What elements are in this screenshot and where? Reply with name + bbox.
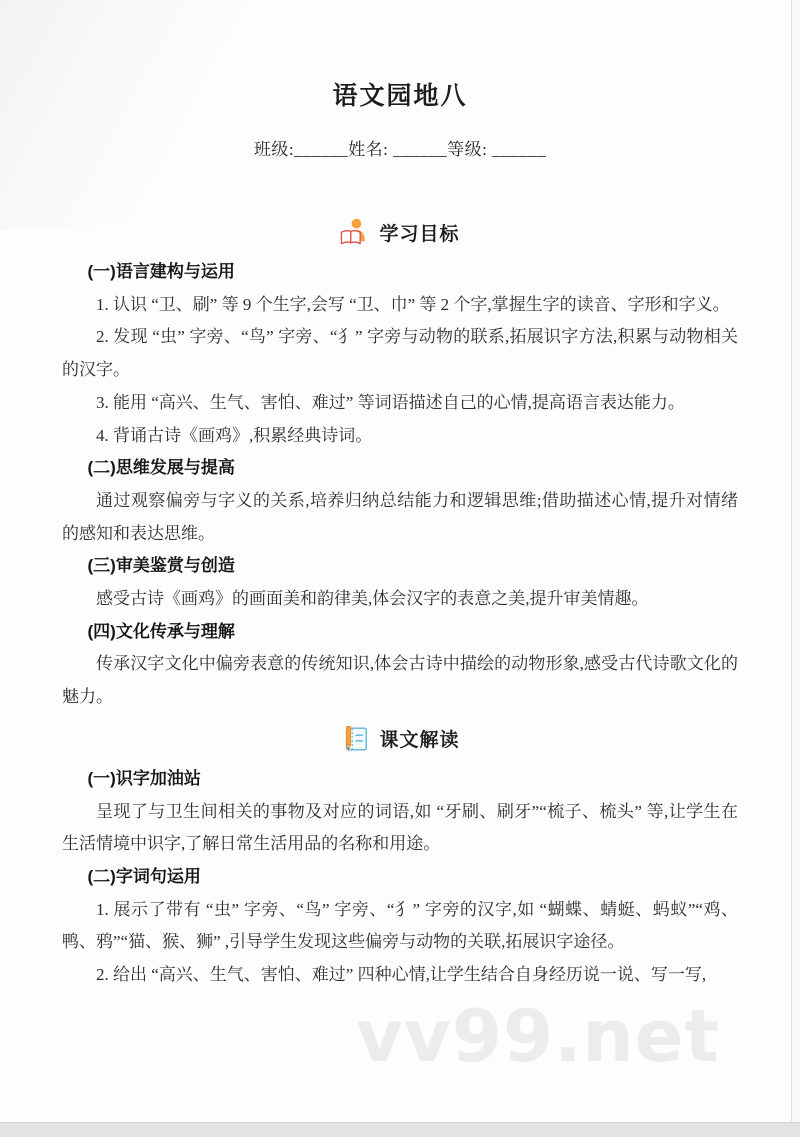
paragraph: 2. 给出 “高兴、生气、害怕、难过” 四种心情,让学生结合自身经历说一说、写一… [62,959,738,992]
paragraph: 感受古诗《画鸡》的画面美和韵律美,体会汉字的表意之美,提升审美情趣。 [62,583,738,616]
subsection-heading: (二)思维发展与提高 [62,452,738,485]
page-right-edge [791,0,800,1137]
watermark: vv99.net [356,994,720,1078]
subsection-heading: (四)文化传承与理解 [62,616,738,649]
document-page: 语文园地八 班级:______姓名: ______等级: ______ 学习目标… [0,0,800,992]
paragraph: 1. 认识 “卫、刷” 等 9 个生字,会写 “卫、巾” 等 2 个字,掌握生字… [62,289,738,322]
text-analysis-body: (一)识字加油站呈现了与卫生间相关的事物及对应的词语,如 “牙刷、刷牙”“梳子、… [62,763,738,992]
subsection-heading: (一)识字加油站 [62,763,738,796]
paragraph: 4. 背诵古诗《画鸡》,积累经典诗词。 [62,420,738,453]
learning-goals-body: (一)语言建构与运用1. 认识 “卫、刷” 等 9 个生字,会写 “卫、巾” 等… [62,256,738,714]
section-title-learning-goals: 学习目标 [379,219,459,246]
paragraph: 1. 展示了带有 “虫” 字旁、“鸟” 字旁、“犭” 字旁的汉字,如 “蝴蝶、蜻… [62,894,738,959]
page-title: 语文园地八 [62,76,738,112]
section-header-text-analysis: 课文解读 [62,724,738,754]
paragraph: 3. 能用 “高兴、生气、害怕、难过” 等词语描述自己的心情,提高语言表达能力。 [62,387,738,420]
paragraph: 传承汉字文化中偏旁表意的传统知识,体会古诗中描绘的动物形象,感受古代诗歌文化的魅… [62,648,738,713]
subsection-heading: (二)字词句运用 [62,861,738,894]
section-title-text-analysis: 课文解读 [379,725,459,752]
paragraph: 通过观察偏旁与字义的关系,培养归纳总结能力和逻辑思维;借助描述心情,提升对情绪的… [62,485,738,550]
page-separator [0,1122,800,1137]
person-reading-book-icon [340,217,370,247]
notebook-pencil-icon [340,724,370,754]
subsection-heading: (三)审美鉴赏与创造 [62,550,738,583]
class-name-grade-line: 班级:______姓名: ______等级: ______ [62,135,738,160]
paragraph: 呈现了与卫生间相关的事物及对应的词语,如 “牙刷、刷牙”“梳子、梳头” 等,让学… [62,796,738,861]
subsection-heading: (一)语言建构与运用 [62,256,738,289]
paragraph: 2. 发现 “虫” 字旁、“鸟” 字旁、“犭” 字旁与动物的联系,拓展识字方法,… [62,321,738,386]
section-header-learning-goals: 学习目标 [62,217,738,247]
